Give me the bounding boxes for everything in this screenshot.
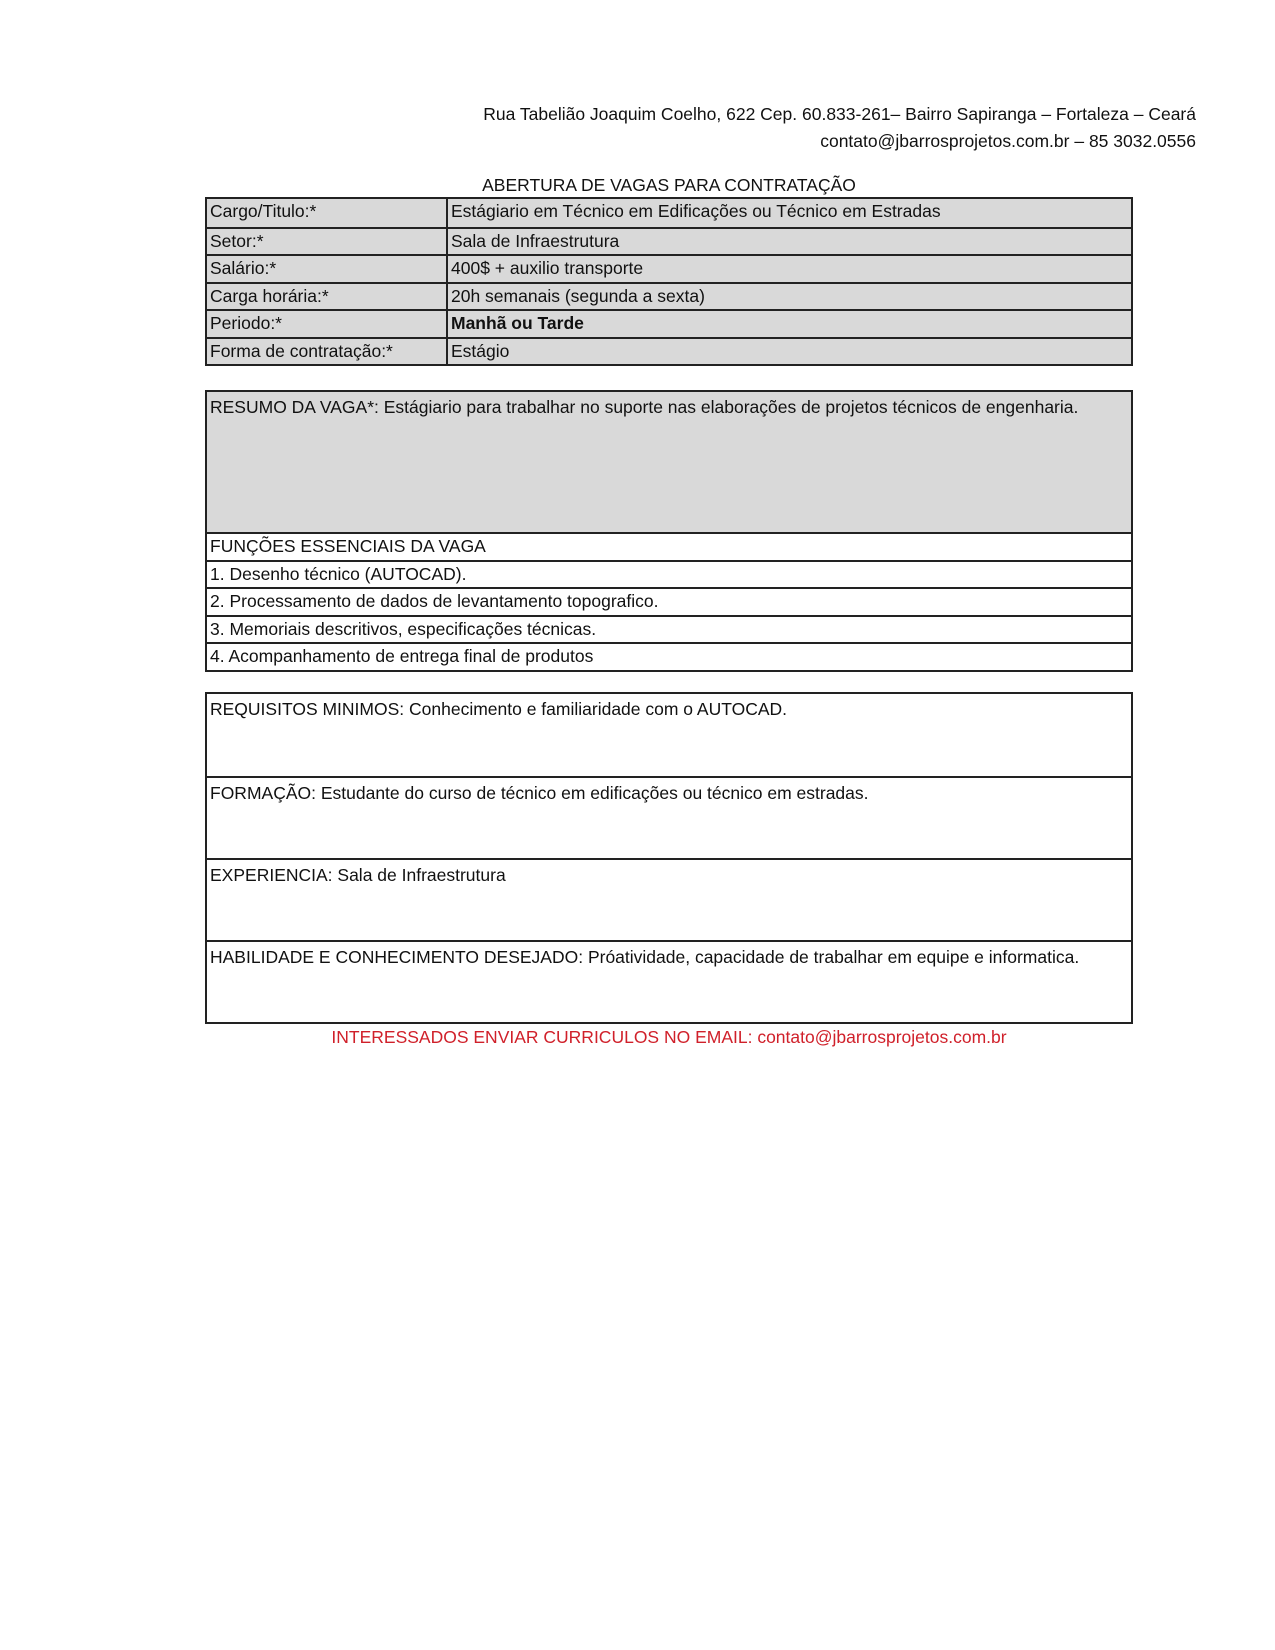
requirement-text: REQUISITOS MINIMOS: Conhecimento e famil… bbox=[207, 694, 1131, 722]
call-to-action: INTERESSADOS ENVIAR CURRICULOS NO EMAIL:… bbox=[205, 1026, 1133, 1048]
info-row-periodo: Periodo:* Manhã ou Tarde bbox=[207, 309, 1131, 337]
functions-heading: FUNÇÕES ESSENCIAIS DA VAGA bbox=[207, 532, 1131, 560]
function-item: 3. Memoriais descritivos, especificações… bbox=[207, 615, 1131, 643]
info-label: Periodo:* bbox=[207, 311, 448, 337]
info-value: 400$ + auxilio transporte bbox=[448, 256, 1131, 282]
requirement-habilidade: HABILIDADE E CONHECIMENTO DESEJADO: Próa… bbox=[207, 940, 1131, 1022]
function-item: 2. Processamento de dados de levantament… bbox=[207, 587, 1131, 615]
info-value: Manhã ou Tarde bbox=[448, 311, 1131, 337]
company-contact: contato@jbarrosprojetos.com.br – 85 3032… bbox=[820, 130, 1196, 152]
company-logo bbox=[140, 45, 250, 125]
requirement-text: HABILIDADE E CONHECIMENTO DESEJADO: Próa… bbox=[207, 942, 1131, 970]
info-row-cargo: Cargo/Titulo:* Estágiario em Técnico em … bbox=[207, 199, 1131, 227]
document-title: ABERTURA DE VAGAS PARA CONTRATAÇÃO bbox=[205, 174, 1133, 196]
info-row-setor: Setor:* Sala de Infraestrutura bbox=[207, 227, 1131, 255]
requirement-minimos: REQUISITOS MINIMOS: Conhecimento e famil… bbox=[207, 694, 1131, 776]
functions-table: RESUMO DA VAGA*: Estágiario para trabalh… bbox=[205, 390, 1133, 672]
info-value: 20h semanais (segunda a sexta) bbox=[448, 284, 1131, 310]
function-item-text: 2. Processamento de dados de levantament… bbox=[207, 589, 1131, 615]
info-row-salario: Salário:* 400$ + auxilio transporte bbox=[207, 254, 1131, 282]
info-value: Estágiario em Técnico em Edificações ou … bbox=[448, 199, 1131, 227]
job-info-table: Cargo/Titulo:* Estágiario em Técnico em … bbox=[205, 197, 1133, 366]
requirement-experiencia: EXPERIENCIA: Sala de Infraestrutura bbox=[207, 858, 1131, 940]
info-value: Sala de Infraestrutura bbox=[448, 229, 1131, 255]
function-item-text: 3. Memoriais descritivos, especificações… bbox=[207, 617, 1131, 643]
function-item-text: 4. Acompanhamento de entrega final de pr… bbox=[207, 644, 1131, 670]
info-label: Salário:* bbox=[207, 256, 448, 282]
requirement-text: FORMAÇÃO: Estudante do curso de técnico … bbox=[207, 778, 1131, 806]
functions-heading-text: FUNÇÕES ESSENCIAIS DA VAGA bbox=[207, 534, 1131, 560]
function-item-text: 1. Desenho técnico (AUTOCAD). bbox=[207, 562, 1131, 588]
info-row-carga: Carga horária:* 20h semanais (segunda a … bbox=[207, 282, 1131, 310]
requirement-text: EXPERIENCIA: Sala de Infraestrutura bbox=[207, 860, 1131, 888]
info-row-forma: Forma de contratação:* Estágio bbox=[207, 337, 1131, 365]
info-label: Cargo/Titulo:* bbox=[207, 199, 448, 227]
function-item: 1. Desenho técnico (AUTOCAD). bbox=[207, 560, 1131, 588]
job-summary: RESUMO DA VAGA*: Estágiario para trabalh… bbox=[207, 392, 1131, 532]
info-label: Carga horária:* bbox=[207, 284, 448, 310]
function-item: 4. Acompanhamento de entrega final de pr… bbox=[207, 642, 1131, 670]
requirements-table: REQUISITOS MINIMOS: Conhecimento e famil… bbox=[205, 692, 1133, 1024]
info-label: Forma de contratação:* bbox=[207, 339, 448, 365]
requirement-formacao: FORMAÇÃO: Estudante do curso de técnico … bbox=[207, 776, 1131, 858]
info-value: Estágio bbox=[448, 339, 1131, 365]
info-label: Setor:* bbox=[207, 229, 448, 255]
company-address: Rua Tabelião Joaquim Coelho, 622 Cep. 60… bbox=[483, 103, 1196, 125]
